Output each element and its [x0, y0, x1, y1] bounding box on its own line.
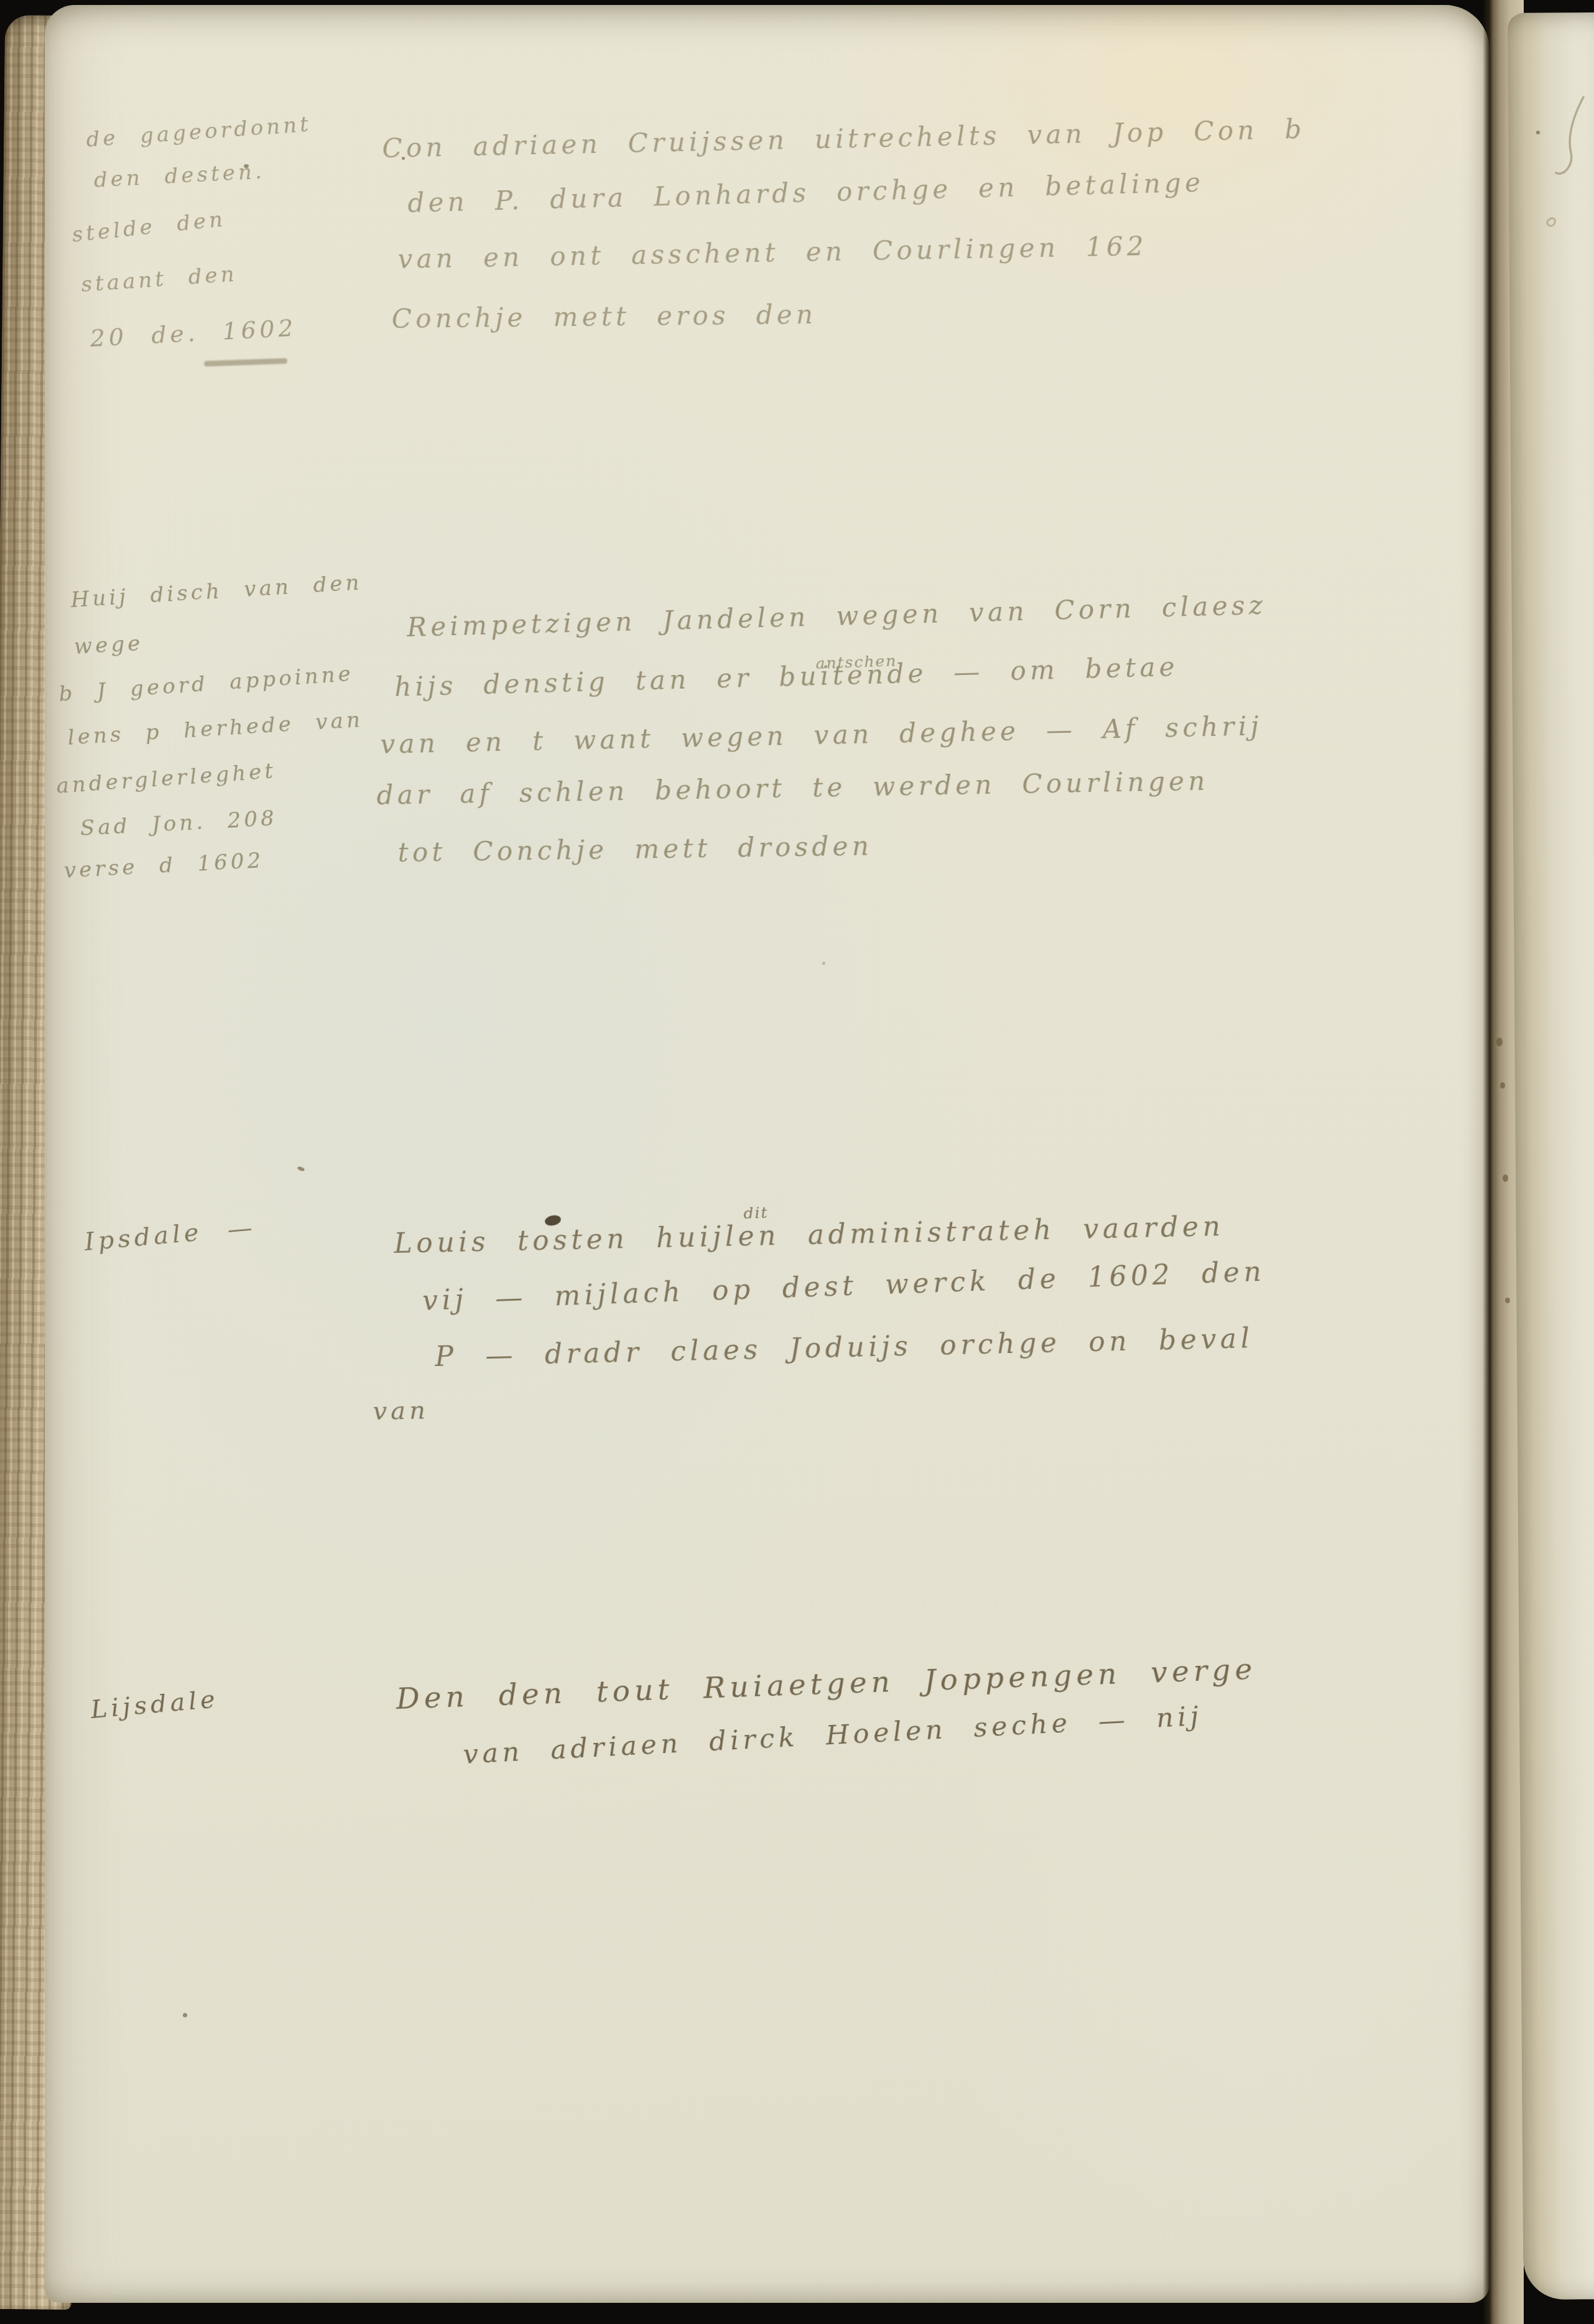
margin-note-line: b J geord appoinne	[58, 661, 354, 707]
margin-note-line: stelde den	[71, 207, 227, 248]
gutter-ink-droplet	[1496, 1038, 1503, 1046]
date-underline-stroke	[204, 358, 287, 367]
margin-note-line: lens p herhede van	[67, 707, 364, 750]
paper-speck	[402, 157, 405, 160]
margin-note-line: staant den	[80, 262, 238, 297]
margin-date-line: 20 de. 1602	[90, 314, 297, 352]
body-line: van adriaen dirck Hoelen seche — nij	[462, 1701, 1203, 1770]
body-line: tot Conchje mett drosden	[397, 830, 873, 868]
right-page-edge	[1508, 12, 1594, 2300]
paper-speck	[822, 962, 825, 965]
body-line: Conchje mett eros den	[391, 299, 817, 334]
body-line: Louis tosten huijlen administrateh vaard…	[394, 1211, 1225, 1260]
margin-note-line: verse d 1602	[63, 848, 264, 883]
margin-keyword: Lijsdale	[90, 1685, 220, 1724]
ledger-entry-2: Huij disch van den wege b J geord appoin…	[56, 585, 1474, 896]
margin-note-line: den desten.	[93, 159, 266, 193]
gutter-ink-droplet	[1500, 1082, 1505, 1089]
body-line: van en ont asschent en Courlingen 162	[397, 231, 1147, 274]
body-line: Reimpetzigen Jandelen wegen van Corn cla…	[407, 590, 1267, 643]
margin-note-line: Sad Jon. 208	[80, 806, 278, 841]
gutter-ink-droplet	[1505, 1298, 1510, 1303]
paper-speck	[183, 2013, 187, 2017]
body-line: van en t want wegen van deghee — Af schr…	[380, 710, 1263, 760]
ledger-entry-3: Ipsdale — dit Louis tosten huijlen admin…	[62, 1201, 1480, 1437]
margin-note-line: wege	[73, 631, 144, 659]
margin-note-line: anderglerleghet	[55, 758, 277, 799]
ledger-entry-4: Lijsdale Den den tout Ruiaetgen Joppenge…	[68, 1673, 1486, 1816]
body-line: P — dradr claes Joduijs orchge on beval	[435, 1322, 1254, 1373]
gutter-ink-droplet	[1503, 1174, 1508, 1182]
margin-keyword: Ipsdale —	[83, 1213, 257, 1257]
body-line: dar af schlen behoort te werden Courling…	[376, 766, 1209, 811]
manuscript-scan: de gageordonnt den desten. stelde den st…	[0, 0, 1594, 2324]
paper-speck	[244, 164, 249, 168]
ledger-entry-1: de gageordonnt den desten. stelde den st…	[62, 124, 1480, 392]
interlinear-insertion: dit	[743, 1204, 769, 1222]
body-line: van	[373, 1396, 429, 1426]
stray-ink-stroke	[1535, 93, 1594, 255]
body-line: den P. dura Lonhards orchge en betalinge	[407, 167, 1205, 218]
body-line: hijs denstig tan er buitende — om betae	[394, 651, 1179, 702]
body-line: vij — mijlach op dest werck de 1602 den	[422, 1256, 1266, 1317]
